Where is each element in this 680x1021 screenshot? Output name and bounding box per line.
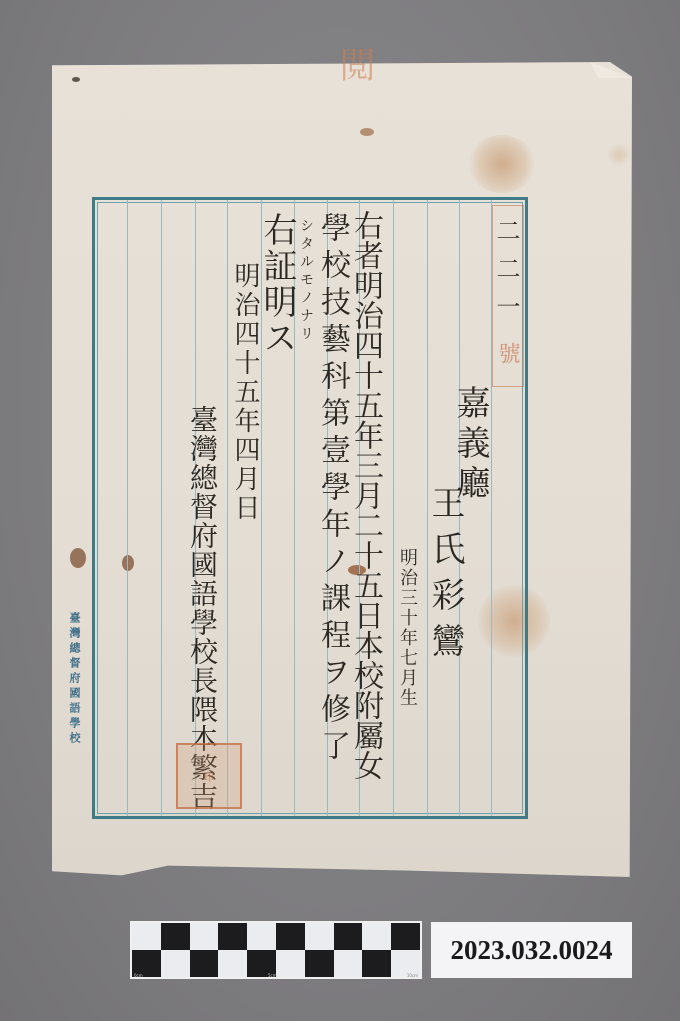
scale-square [391,923,420,950]
body-line-3: シタルモノナリ [299,218,313,344]
issue-date: 明治四十五年四月日 [232,262,258,523]
scale-label-10: 10cm [407,973,418,978]
stain [72,77,80,82]
scale-square [305,923,334,950]
scale-square [276,950,305,977]
scale-square [132,923,161,950]
serial-label: 號 [496,342,518,367]
printed-school-name: 臺灣總督府國語學校 [66,612,82,747]
body-line-4: 右証明ス [260,212,294,356]
stain [608,142,630,168]
rule-line [227,200,228,816]
scale-square [218,950,247,977]
recipient-name: 王氏彩鸞 [428,485,462,669]
rule-line [161,200,162,816]
scale-square [305,950,334,977]
scale-square [218,923,247,950]
scale-square [276,923,305,950]
scale-square [161,923,190,950]
scale-label-0: 0cm [134,973,143,978]
serial-number: 二二一 [494,218,518,332]
color-scale-bar: 0cm 5cm 10cm [130,921,422,979]
scale-square [190,923,219,950]
scale-square [362,923,391,950]
body-line-1: 右者明治四十五年三月二十五日本校附屬女 [350,210,380,780]
rule-line [127,200,128,816]
rule-line [393,200,394,816]
issuer-seal: 印 [176,743,242,809]
stain [468,135,536,193]
scale-square [334,923,363,950]
scale-square [247,923,276,950]
birth-date: 明治三十年七月生 [398,548,416,708]
scale-square [190,950,219,977]
scale-square [161,950,190,977]
scale-label-5: 5cm [268,973,277,978]
scale-square [334,950,363,977]
accession-number-label: 2023.032.0024 [431,922,632,978]
stain [70,548,86,568]
top-stamp: 閲 [336,46,372,85]
stain [360,128,374,136]
scale-square [362,950,391,977]
body-line-2: 學校技藝科第壹學年ノ課程ヲ修了 [317,212,347,767]
